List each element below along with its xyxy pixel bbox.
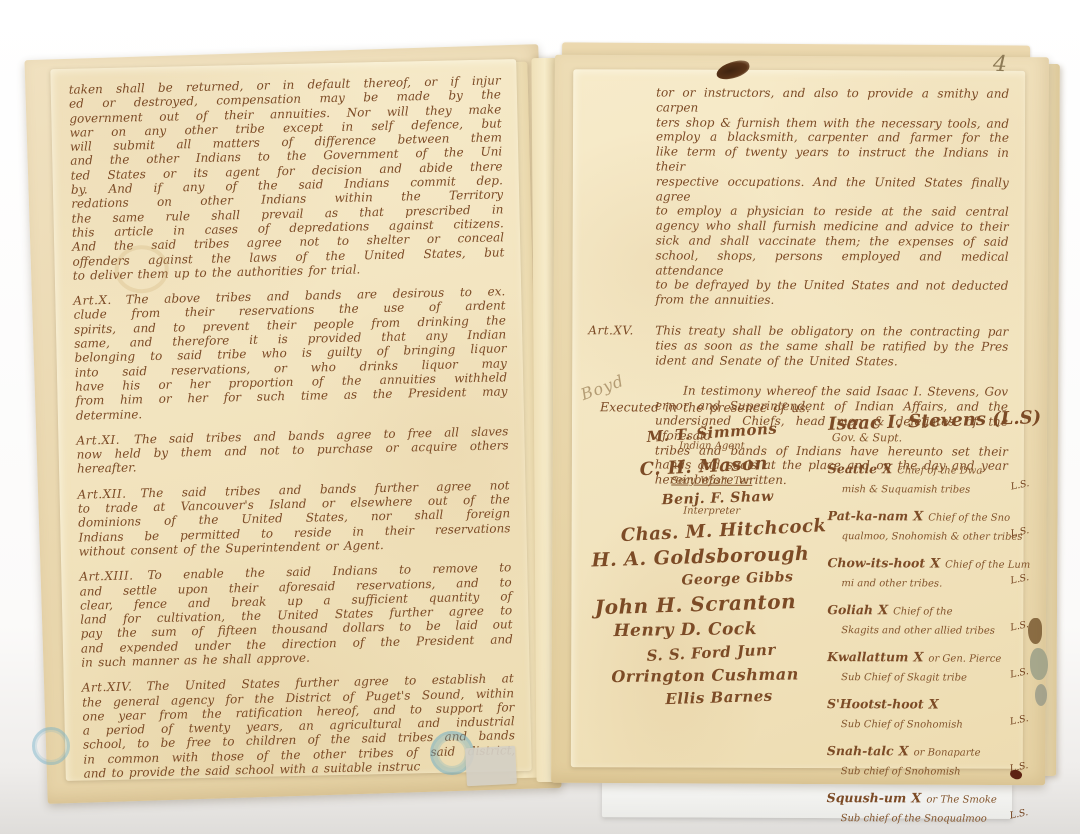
x-mark: X [929, 697, 939, 712]
x-mark: X [913, 509, 923, 524]
signer-line-2: qualmoo, Snohomish & other tribes [842, 524, 1012, 544]
article-label: Art.XIV. [82, 680, 133, 695]
signer-entry: Pat-ka-namXChief of the Snoqualmoo, Snoh… [828, 505, 1026, 544]
signer-line: GoliahXChief of the [827, 599, 1011, 619]
wax-seal-remnant [1028, 618, 1042, 644]
signer-line-2: Skagits and other allied tribes [841, 618, 1011, 638]
paragraph: Art.XIII.To enable the said Indians to r… [79, 560, 513, 669]
signer-title: or Bonaparte [914, 747, 981, 758]
signer-line-2: Sub Chief of Skagit tribe [841, 665, 1011, 685]
blue-circular-stamp-left-margin [32, 727, 70, 765]
signer-entry: S'Hootst-hootXSub Chief of SnohomishL.S. [827, 693, 1025, 732]
witness-signature: George Gibbs [605, 571, 817, 588]
signer-entry: Snah-talcXor BonaparteSub chief of Snoho… [827, 740, 1025, 779]
signer-entry: GoliahXChief of theSkagits and other all… [827, 599, 1025, 638]
paragraph: Art.XI.The said tribes and bands agree t… [76, 424, 509, 476]
signer-line-2: Sub Chief of Snohomish [841, 712, 1011, 732]
signer-name: Goliah [827, 602, 873, 617]
witness-signature: Orrington Cushman [605, 665, 817, 685]
witness-signature: M. T. SimmonsIndian Agent [606, 423, 818, 452]
right-manuscript-page: tor or instructors, and also to provide … [571, 69, 1025, 769]
signer-title: Chief of the [893, 606, 952, 617]
signer-line-2: mi and other tribes. [841, 571, 1011, 591]
witness-signature-column: M. T. SimmonsIndian AgentC. H. MasonSecy… [605, 423, 818, 711]
signer-title-2: Sub chief of the Snoqualmoo [841, 813, 987, 825]
x-mark: X [913, 650, 923, 665]
manuscript-line: ters shop & furnish them with the necess… [656, 115, 1009, 131]
signer-entry: Squush-umXor The SmokeSub chief of the S… [827, 787, 1025, 826]
witness-name: H. A. Goldsborough [591, 543, 804, 572]
article-label: Art.XI. [76, 433, 120, 448]
manuscript-line: employ a blacksmith, carpenter and farme… [656, 130, 1009, 146]
witness-signature: S. S. Ford Junr [605, 643, 817, 662]
signer-name: Seattle [828, 461, 877, 476]
signer-name: Isaac I. Stevens (L.S) [828, 407, 1042, 435]
signer-line: Snah-talcXor Bonaparte [827, 740, 1011, 760]
signer-entry: Chow-its-hootXChief of the Lummi and oth… [827, 552, 1025, 591]
signer-entry: SeattleXChief of the Dwamish & Suquamish… [828, 458, 1026, 497]
signer-name: Snah-talc [827, 743, 894, 758]
signer-line: SeattleXChief of the Dwa [828, 458, 1012, 478]
signer-name: Pat-ka-nam [828, 508, 909, 523]
signer-name: Chow-its-hoot [827, 555, 925, 570]
witness-signature: Henry D. Cock [605, 619, 817, 640]
signer-line: KwallattumXor Gen. Pierce [827, 646, 1011, 666]
manuscript-line: school, shops, persons employed and medi… [655, 248, 1008, 279]
page-number: 4 [993, 52, 1008, 77]
signer-entry: Isaac I. Stevens (L.S)Gov. & Supt. [828, 410, 1026, 445]
manuscript-line: tor or instructors, and also to provide … [656, 86, 1009, 117]
witness-signature: C. H. MasonSecy. Wash. Ter. [606, 455, 818, 487]
x-mark: X [882, 462, 892, 477]
wax-seal-remnant-green [1030, 648, 1048, 680]
signer-name: Kwallattum [827, 649, 908, 664]
signer-title-2: mish & Suquamish tribes [842, 484, 971, 495]
article-label: Art.X. [73, 293, 112, 308]
signer-title-2: qualmoo, Snohomish & other tribes [842, 531, 1023, 543]
signer-line: S'Hootst-hootX [827, 693, 1011, 713]
signer-name: Squush-um [827, 790, 907, 805]
manuscript-line: ties as soon as the same shall be ratifi… [655, 338, 1008, 354]
witness-signature: H. A. Goldsborough [605, 545, 817, 568]
manuscript-line: to be defrayed by the United States and … [655, 278, 1008, 294]
witness-signature: John H. Scranton [605, 591, 817, 616]
witness-signature: Ellis Barnes [605, 688, 817, 707]
manuscript-line: like term of twenty years to instruct th… [656, 145, 1009, 176]
signer-title: Chief of the Lum [945, 560, 1030, 571]
manuscript-line: sick and shall vaccinate them; the expen… [656, 233, 1009, 249]
witness-signature: Benj. F. ShawInterpreter [606, 490, 818, 517]
paragraph: Art.X.The above tribes and bands are des… [73, 284, 508, 422]
left-page-text-block: taken shall be returned, or in default t… [69, 73, 516, 792]
x-mark: X [930, 556, 940, 571]
signer-line-2: Sub chief of Snohomish [841, 759, 1011, 779]
executed-in-presence-line: Executed in the presence of us. [600, 399, 810, 415]
signer-title: Chief of the Sno [928, 512, 1010, 523]
signer-title: Chief of the Dwa [897, 465, 982, 476]
x-mark: X [899, 744, 909, 759]
line-text: This treaty shall be obligatory on the c… [655, 323, 1008, 338]
article-label: Art.XV. [588, 323, 634, 338]
signer-name: S'Hootst-hoot [827, 696, 924, 711]
manuscript-line: In testimony whereof the said Isaac I. S… [655, 384, 1008, 400]
signer-line-2: mish & Suquamish tribes [842, 477, 1012, 497]
signer-title-2: Skagits and other allied tribes [841, 625, 995, 637]
chief-signature-column: Isaac I. Stevens (L.S)Gov. & Supt.Seattl… [827, 410, 1026, 834]
witness-name: S. S. Ford Junr [605, 639, 818, 667]
paragraph: Art.XV.This treaty shall be obligatory o… [655, 323, 1008, 369]
manuscript-line: ident and Senate of the United States. [655, 353, 1008, 369]
signer-title: or Gen. Pierce [928, 653, 1001, 664]
photo-backdrop: taken shall be returned, or in default t… [0, 0, 1080, 834]
signer-line: Isaac I. Stevens (L.S)Gov. & Supt. [828, 410, 1012, 445]
manuscript-line: to employ a physician to reside at the s… [656, 204, 1009, 220]
witness-signature: Chas. M. Hitchcock [606, 520, 818, 542]
signer-entry: KwallattumXor Gen. PierceSub Chief of Sk… [827, 646, 1025, 685]
signer-title: or The Smoke [926, 794, 997, 805]
witness-name: George Gibbs [631, 568, 843, 591]
paragraph: Art.XII.The said tribes and bands furthe… [77, 478, 510, 559]
witness-name: Henry D. Cock [579, 619, 791, 642]
signer-title-2: Sub Chief of Snohomish [841, 719, 963, 730]
signer-line: Pat-ka-namXChief of the Sno [828, 505, 1012, 525]
x-mark: X [878, 603, 888, 618]
signer-line-2: Sub chief of the Snoqualmoo [841, 806, 1011, 826]
left-manuscript-page: taken shall be returned, or in default t… [50, 59, 531, 781]
article-label: Art.XIII. [79, 569, 133, 584]
witness-name: Chas. M. Hitchcock [617, 515, 830, 546]
paragraph: taken shall be returned, or in default t… [69, 73, 505, 283]
signer-title-2: Sub Chief of Skagit tribe [841, 672, 967, 683]
wax-seal-remnant-small [1035, 684, 1047, 706]
witness-name: John H. Scranton [589, 589, 802, 620]
signer-line: Chow-its-hootXChief of the Lum [827, 552, 1011, 572]
manuscript-line: Art.XV.This treaty shall be obligatory o… [655, 323, 1008, 339]
manuscript-line: from the annuities. [655, 293, 1008, 309]
manuscript-line: respective occupations. And the United S… [656, 174, 1009, 205]
signer-title-2: Sub chief of Snohomish [841, 766, 961, 777]
x-mark: X [911, 791, 921, 806]
witness-name: Orrington Cushman [599, 664, 811, 686]
paragraph: tor or instructors, and also to provide … [655, 86, 1009, 309]
signer-line: Squush-umXor The Smoke [827, 787, 1011, 807]
tape-repair-patch [465, 746, 517, 787]
seal-abbreviation: L.S. [1009, 807, 1029, 822]
signer-title-2: mi and other tribes. [841, 578, 942, 589]
article-label: Art.XII. [77, 486, 126, 501]
manuscript-line: agency who shall furnish medicine and ad… [656, 219, 1009, 235]
witness-name: Ellis Barnes [613, 685, 825, 710]
